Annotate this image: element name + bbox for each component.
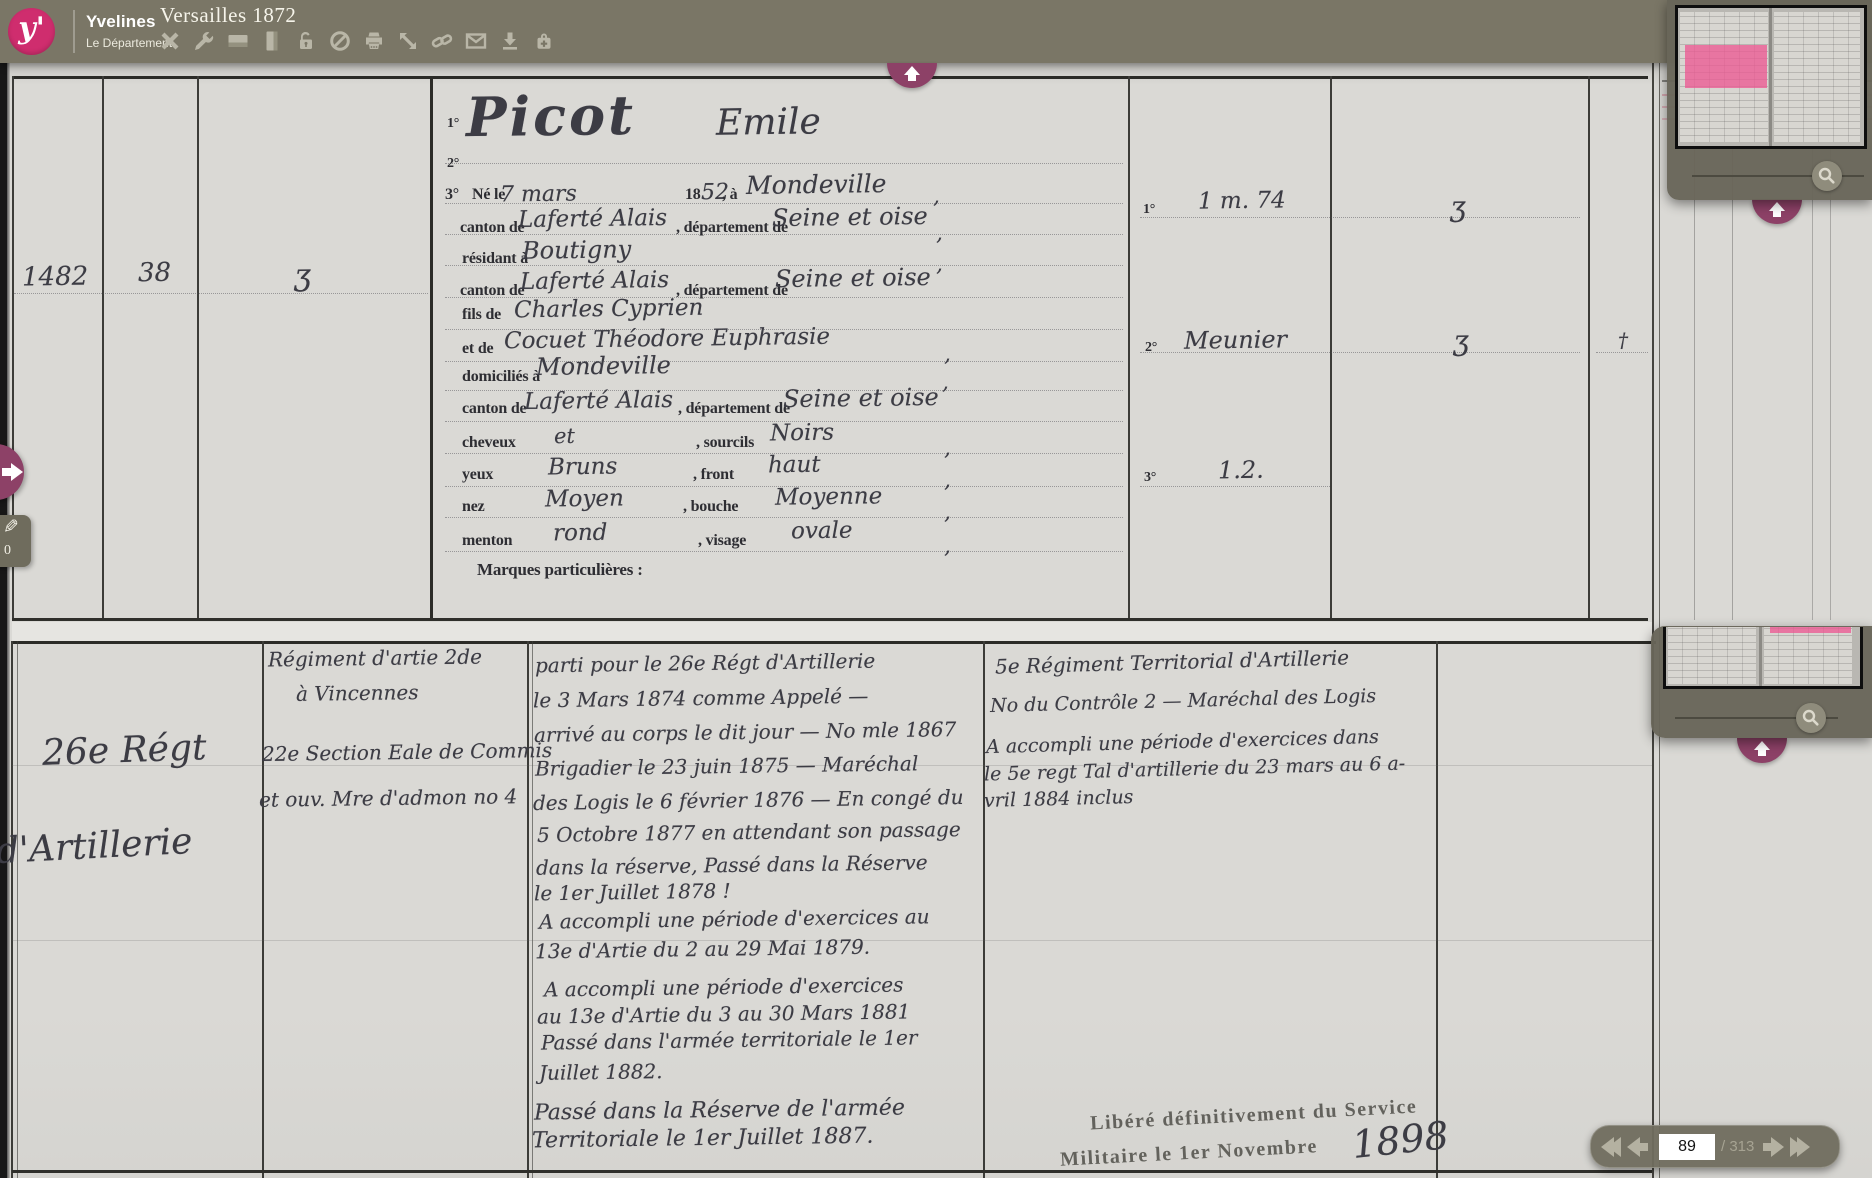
- birth-place: Mondeville: [746, 169, 887, 200]
- service-line: le 1er Juillet 1878 !: [534, 879, 731, 906]
- face-label: , visage: [698, 532, 746, 550]
- territorial-line: No du Contrôle 2 — Maréchal des Logis: [990, 685, 1377, 717]
- comma: ,: [933, 184, 940, 208]
- page-thumbnail[interactable]: [1663, 627, 1863, 689]
- unit-detail-line: et ouv. Mre d'admon no 4: [259, 784, 518, 812]
- unit-line-2: d'Artillerie: [0, 821, 193, 872]
- up-arrow-icon: [1769, 202, 1785, 217]
- document-canvas[interactable]: 1482 38 ʒ 1° Picot Emile 2° 3° Né le 7 m…: [0, 63, 1872, 1178]
- m3-value: 1.2.: [1218, 456, 1264, 485]
- wrench-icon[interactable]: [190, 26, 218, 56]
- field-no-1: 1°: [447, 116, 459, 132]
- table-line: [11, 641, 13, 1178]
- service-line: 13e d'Artie du 2 au 29 Mai 1879.: [535, 935, 870, 964]
- form-rule: [1140, 486, 1330, 487]
- profession-value: Meunier: [1184, 325, 1287, 354]
- canton-1: Laferté Alais: [518, 205, 667, 233]
- m1-no: 1°: [1143, 202, 1155, 218]
- chin-value: rond: [553, 520, 608, 547]
- resident-label: résidant à: [462, 250, 528, 268]
- hair-value: et: [554, 424, 575, 448]
- page-edge-shade: [7, 63, 10, 1178]
- service-line: arrivé au corps le dit jour — No mle 186…: [534, 717, 957, 747]
- table-line: [1128, 76, 1130, 620]
- mouth-value: Moyenne: [775, 483, 883, 510]
- unlock-icon[interactable]: [292, 26, 320, 56]
- mother-name: Cocuet Théodore Euphrasie: [504, 324, 830, 355]
- table-line: [430, 76, 433, 620]
- m1-mark: ʒ: [1450, 190, 1466, 223]
- canton-3: Laferté Alais: [524, 387, 673, 415]
- dept-label: , département de: [678, 400, 790, 418]
- page-navigation: / 313: [1590, 1125, 1840, 1168]
- form-rule: [445, 517, 1123, 518]
- birth-century: 18: [685, 186, 701, 204]
- eyes-label: yeux: [462, 466, 493, 484]
- mail-icon[interactable]: [462, 26, 490, 56]
- dept-2: Seine et oise: [775, 263, 931, 293]
- unit-line-1: 26e Régt: [41, 727, 207, 774]
- eyes-value: Bruns: [548, 454, 618, 481]
- height-value: 1 m. 74: [1198, 187, 1286, 214]
- table-line: [197, 76, 199, 620]
- service-line: Territoriale le 1er Juillet 1887.: [532, 1124, 874, 1154]
- service-line: au 13e d'Artie du 3 au 30 Mars 1881: [537, 999, 911, 1028]
- table-line: [527, 641, 529, 1178]
- matricule-number: 1482: [22, 262, 89, 293]
- forehead-label: , front: [693, 466, 734, 484]
- row-gap: [12, 622, 1652, 641]
- page-total: / 313: [1721, 1138, 1754, 1155]
- table-line: [102, 76, 104, 620]
- birth-day: 7 mars: [500, 181, 577, 207]
- territorial-line: A accompli une période d'exercices dans: [986, 726, 1379, 758]
- service-line: A accompli une période d'exercices au: [539, 904, 930, 933]
- yvelines-logo[interactable]: y': [8, 8, 55, 55]
- form-rule: [1140, 217, 1580, 218]
- service-line: parti pour le 26e Régt d'Artillerie: [535, 649, 876, 678]
- dept-3: Seine et oise: [783, 383, 939, 413]
- divider: [73, 10, 75, 53]
- table-line: [532, 641, 533, 1178]
- thumbnail-fold: [1769, 8, 1772, 146]
- table-line: [12, 76, 1648, 79]
- resize-icon[interactable]: [394, 26, 422, 56]
- domicile-place: Mondeville: [536, 351, 671, 381]
- last-page-button[interactable]: [1790, 1137, 1810, 1157]
- right-arrow-icon: [2, 463, 23, 481]
- canton-label: canton de: [462, 400, 526, 418]
- comma: ,: [936, 221, 943, 245]
- form-rule: [445, 551, 1123, 552]
- father-name: Charles Cyprien: [514, 295, 704, 324]
- service-line: Passé dans l'armée territoriale le 1er: [541, 1025, 918, 1054]
- release-stamp-line-2: Militaire le 1er Novembre: [1060, 1135, 1319, 1171]
- mouth-label: , bouche: [683, 498, 738, 516]
- chin-label: menton: [462, 532, 512, 550]
- zoom-slider-knob[interactable]: [1812, 161, 1842, 191]
- mother-label: et de: [462, 340, 493, 358]
- service-line: Juillet 1882.: [539, 1059, 663, 1085]
- unit-detail-line: à Vincennes: [296, 680, 419, 706]
- magnifier-icon: [1816, 165, 1838, 187]
- fit-vertical-icon[interactable]: [258, 26, 286, 56]
- archive-viewer: 1482 38 ʒ 1° Picot Emile 2° 3° Né le 7 m…: [0, 0, 1872, 1178]
- m3-no: 3°: [1144, 470, 1156, 486]
- column-mark: ʒ: [294, 258, 311, 293]
- magnifier-icon: [1800, 707, 1822, 729]
- marks-label: Marques particulières :: [477, 560, 643, 580]
- annotation-count: 0: [4, 543, 11, 559]
- service-line: Passé dans la Réserve de l'armée: [534, 1095, 905, 1125]
- birth-at-label: , à: [722, 186, 737, 204]
- comma: ,: [936, 252, 943, 276]
- document-title: Versailles 1872: [160, 3, 296, 28]
- thumbnail-right-page: [1774, 12, 1860, 142]
- forbid-icon[interactable]: [326, 26, 354, 56]
- face-value: ovale: [791, 518, 853, 545]
- comma: ,: [944, 468, 951, 492]
- m2-no: 2°: [1145, 340, 1157, 356]
- table-line: [262, 641, 264, 1178]
- table-line: [1330, 76, 1332, 620]
- annotations-button[interactable]: ✎ 0: [0, 515, 31, 567]
- m2-mark: ʒ: [1453, 324, 1469, 357]
- page-fold: [1659, 63, 1660, 1178]
- thumbnail-right-page: [1764, 627, 1852, 684]
- forehead-value: haut: [768, 452, 821, 479]
- first-page-button[interactable]: [1601, 1137, 1621, 1157]
- territorial-line: 5e Régiment Territorial d'Artillerie: [995, 645, 1350, 678]
- canton-2: Laferté Alais: [520, 267, 669, 295]
- page-thumbnail[interactable]: [1675, 5, 1867, 149]
- canton-label: canton de: [460, 219, 524, 237]
- form-rule: [445, 163, 1123, 164]
- service-line: Brigadier le 23 juin 1875 — Maréchal: [535, 751, 919, 780]
- up-arrow-icon: [904, 66, 920, 81]
- form-rule: [14, 293, 428, 294]
- service-line: 5 Octobre 1877 en attendant son passage: [537, 817, 961, 847]
- comma: ,: [944, 342, 951, 366]
- hair-label: cheveux: [462, 434, 516, 452]
- territorial-line: vril 1884 inclus: [984, 786, 1134, 812]
- zoom-slider-knob[interactable]: [1796, 703, 1826, 733]
- service-line: A accompli une période d'exercices: [544, 972, 904, 1001]
- previous-page-button[interactable]: [1627, 1137, 1648, 1157]
- table-line: [1436, 641, 1438, 1178]
- download-icon[interactable]: [496, 26, 524, 56]
- comma: ,: [944, 436, 951, 460]
- table-line: [1588, 76, 1590, 620]
- next-page-button[interactable]: [1763, 1137, 1784, 1157]
- link-icon[interactable]: [428, 26, 456, 56]
- form-rule: [1596, 352, 1648, 353]
- surname: Picot: [466, 83, 637, 149]
- close-icon[interactable]: [156, 26, 184, 56]
- up-arrow-icon: [1754, 741, 1770, 756]
- m2-mark-2: †: [1618, 328, 1628, 352]
- table-line: [983, 641, 985, 1178]
- print-icon[interactable]: [360, 26, 388, 56]
- dept-1: Seine et oise: [772, 202, 928, 232]
- service-line: dans la réserve, Passé dans la Réserve: [536, 850, 928, 879]
- logo-text: y': [18, 11, 45, 46]
- nose-label: nez: [462, 498, 485, 516]
- page-input[interactable]: [1659, 1134, 1715, 1160]
- unit-detail-line: Régiment d'artie 2de: [268, 645, 482, 672]
- brows-value: Noirs: [770, 420, 834, 447]
- pencil-icon: ✎: [3, 516, 19, 539]
- table-line: [12, 641, 1656, 644]
- brows-label: , sourcils: [696, 434, 754, 452]
- page-fold: [1652, 63, 1654, 1178]
- fit-horizontal-icon[interactable]: [224, 26, 252, 56]
- table-line: [17, 641, 18, 1178]
- nose-value: Moyen: [545, 485, 624, 512]
- page-edge: [0, 63, 7, 1178]
- table-line: [12, 1170, 1652, 1173]
- birth-no: 3°: [445, 186, 459, 204]
- resident-place: Boutigny: [522, 235, 632, 265]
- father-label: fils de: [462, 306, 501, 324]
- comma: ,: [944, 500, 951, 524]
- unit-detail-line: 22e Section Eale de Commis: [262, 738, 552, 766]
- service-line: le 3 Mars 1874 comme Appelé —: [533, 684, 869, 713]
- basket-add-icon[interactable]: [530, 26, 558, 56]
- territorial-line: le 5e regt Tal d'artillerie du 23 mars a…: [984, 752, 1406, 785]
- thumbnail-left-page: [1668, 627, 1756, 684]
- comma: ,: [942, 370, 949, 394]
- field-no-2: 2°: [447, 156, 459, 172]
- toolbar: y' Yvelines Le Département Versailles 18…: [0, 0, 1872, 63]
- firstname: Emile: [716, 101, 821, 143]
- viewport-highlight[interactable]: [1685, 45, 1767, 88]
- navigator-panel-top: [1667, 0, 1872, 200]
- draft-number: 38: [138, 258, 172, 288]
- comma: ,: [944, 534, 951, 558]
- navigator-panel-side: [1651, 626, 1872, 738]
- thumbnail-fold: [1759, 627, 1762, 686]
- toolbar-icons: [156, 26, 558, 56]
- service-line: des Logis le 6 février 1876 — En congé d…: [533, 785, 964, 815]
- domicile-label: domiciliés à: [462, 368, 540, 386]
- viewport-highlight[interactable]: [1770, 627, 1851, 633]
- table-line: [12, 618, 1648, 621]
